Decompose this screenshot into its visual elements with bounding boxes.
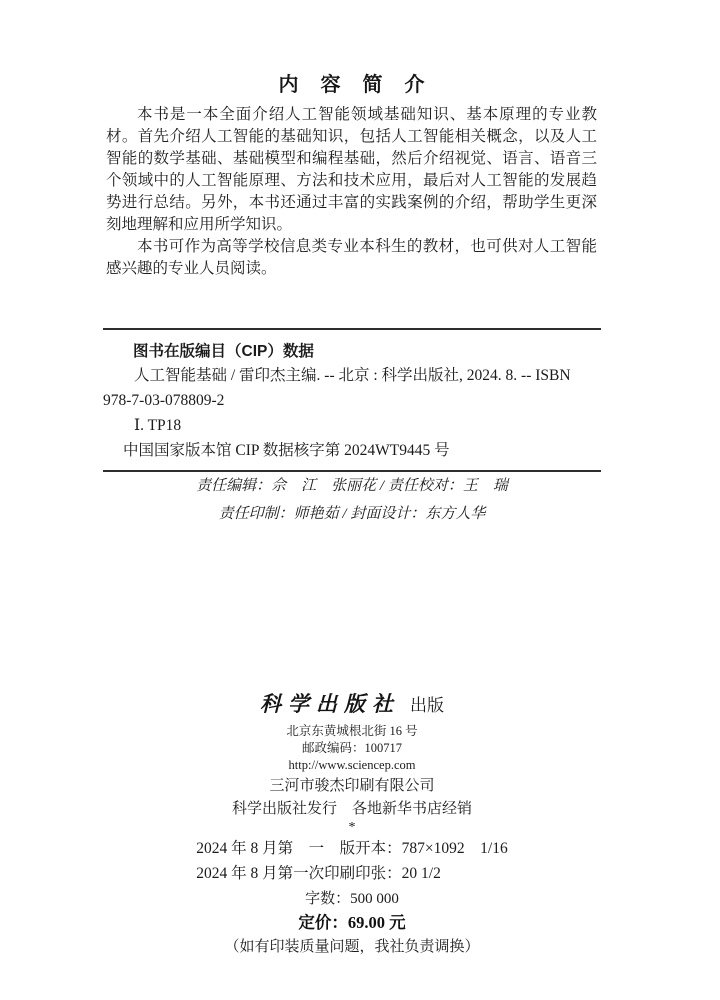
edition-date: 2024 年 8 月第 一 版 — [196, 836, 355, 861]
colophon-block: 科学出版社出版 北京东黄城根北街 16 号 邮政编码：100717 http:/… — [0, 692, 704, 960]
summary-paragraph-1: 本书是一本全面介绍人工智能领域基础知识、基本原理的专业教材。首先介绍人工智能的基… — [106, 104, 597, 236]
separator-star: * — [0, 820, 704, 835]
word-count: 字数：500 000 — [0, 889, 704, 909]
quality-note: （如有印装质量问题，我社负责调换） — [0, 935, 704, 960]
page-title: 内 容 简 介 — [0, 68, 704, 97]
cip-classification: Ⅰ. TP18 — [103, 413, 601, 438]
credits-block: 责任编辑：佘 江 张丽花 / 责任校对：王 瑞 责任印制：师艳茹 / 封面设计：… — [0, 472, 704, 528]
cip-heading: 图书在版编目（CIP）数据 — [103, 341, 601, 363]
publisher-line: 科学出版社出版 — [0, 692, 704, 719]
credits-production-line: 责任印制：师艳茹 / 封面设计：东方人华 — [0, 500, 704, 528]
sheets-spec: 印张：20 1/2 — [355, 865, 441, 882]
publisher-postcode: 邮政编码：100717 — [0, 740, 704, 757]
format-spec: 开本：787×1092 1/16 — [355, 840, 508, 857]
printer-name: 三河市骏杰印刷有限公司 — [0, 776, 704, 796]
printing-line: 2024 年 8 月第一次印刷印张：20 1/2 — [196, 861, 507, 886]
edition-block: 2024 年 8 月第 一 版开本：787×1092 1/16 2024 年 8… — [196, 836, 507, 886]
distribution-line: 科学出版社发行 各地新华书店经销 — [0, 799, 704, 819]
publisher-suffix: 出版 — [410, 696, 444, 715]
book-copyright-page: 内 容 简 介 本书是一本全面介绍人工智能领域基础知识、基本原理的专业教材。首先… — [0, 0, 720, 1000]
cip-record-number: 中国国家版本馆 CIP 数据核字第 2024WT9445 号 — [103, 438, 601, 463]
cip-top-rule — [103, 328, 601, 330]
publisher-website: http://www.sciencep.com — [0, 757, 704, 773]
page-content: 内 容 简 介 本书是一本全面介绍人工智能领域基础知识、基本原理的专业教材。首先… — [0, 0, 704, 1000]
publisher-logotype: 科学出版社 — [260, 691, 400, 716]
summary-section: 本书是一本全面介绍人工智能领域基础知识、基本原理的专业教材。首先介绍人工智能的基… — [106, 104, 597, 280]
printing-date: 2024 年 8 月第一次印刷 — [196, 861, 355, 886]
cip-entry-line-1: 人工智能基础 / 雷印杰主编. -- 北京 : 科学出版社, 2024. 8. … — [103, 363, 601, 388]
cip-isbn-line: 978-7-03-078809-2 — [103, 388, 601, 413]
publisher-address: 北京东黄城根北街 16 号 — [0, 723, 704, 740]
credits-editors-line: 责任编辑：佘 江 张丽花 / 责任校对：王 瑞 — [0, 472, 704, 500]
cip-data-block: 图书在版编目（CIP）数据 人工智能基础 / 雷印杰主编. -- 北京 : 科学… — [103, 328, 601, 472]
price-line: 定价：69.00 元 — [0, 911, 704, 935]
edition-line: 2024 年 8 月第 一 版开本：787×1092 1/16 — [196, 836, 507, 861]
summary-paragraph-2: 本书可作为高等学校信息类专业本科生的教材，也可供对人工智能感兴趣的专业人员阅读。 — [106, 236, 597, 280]
